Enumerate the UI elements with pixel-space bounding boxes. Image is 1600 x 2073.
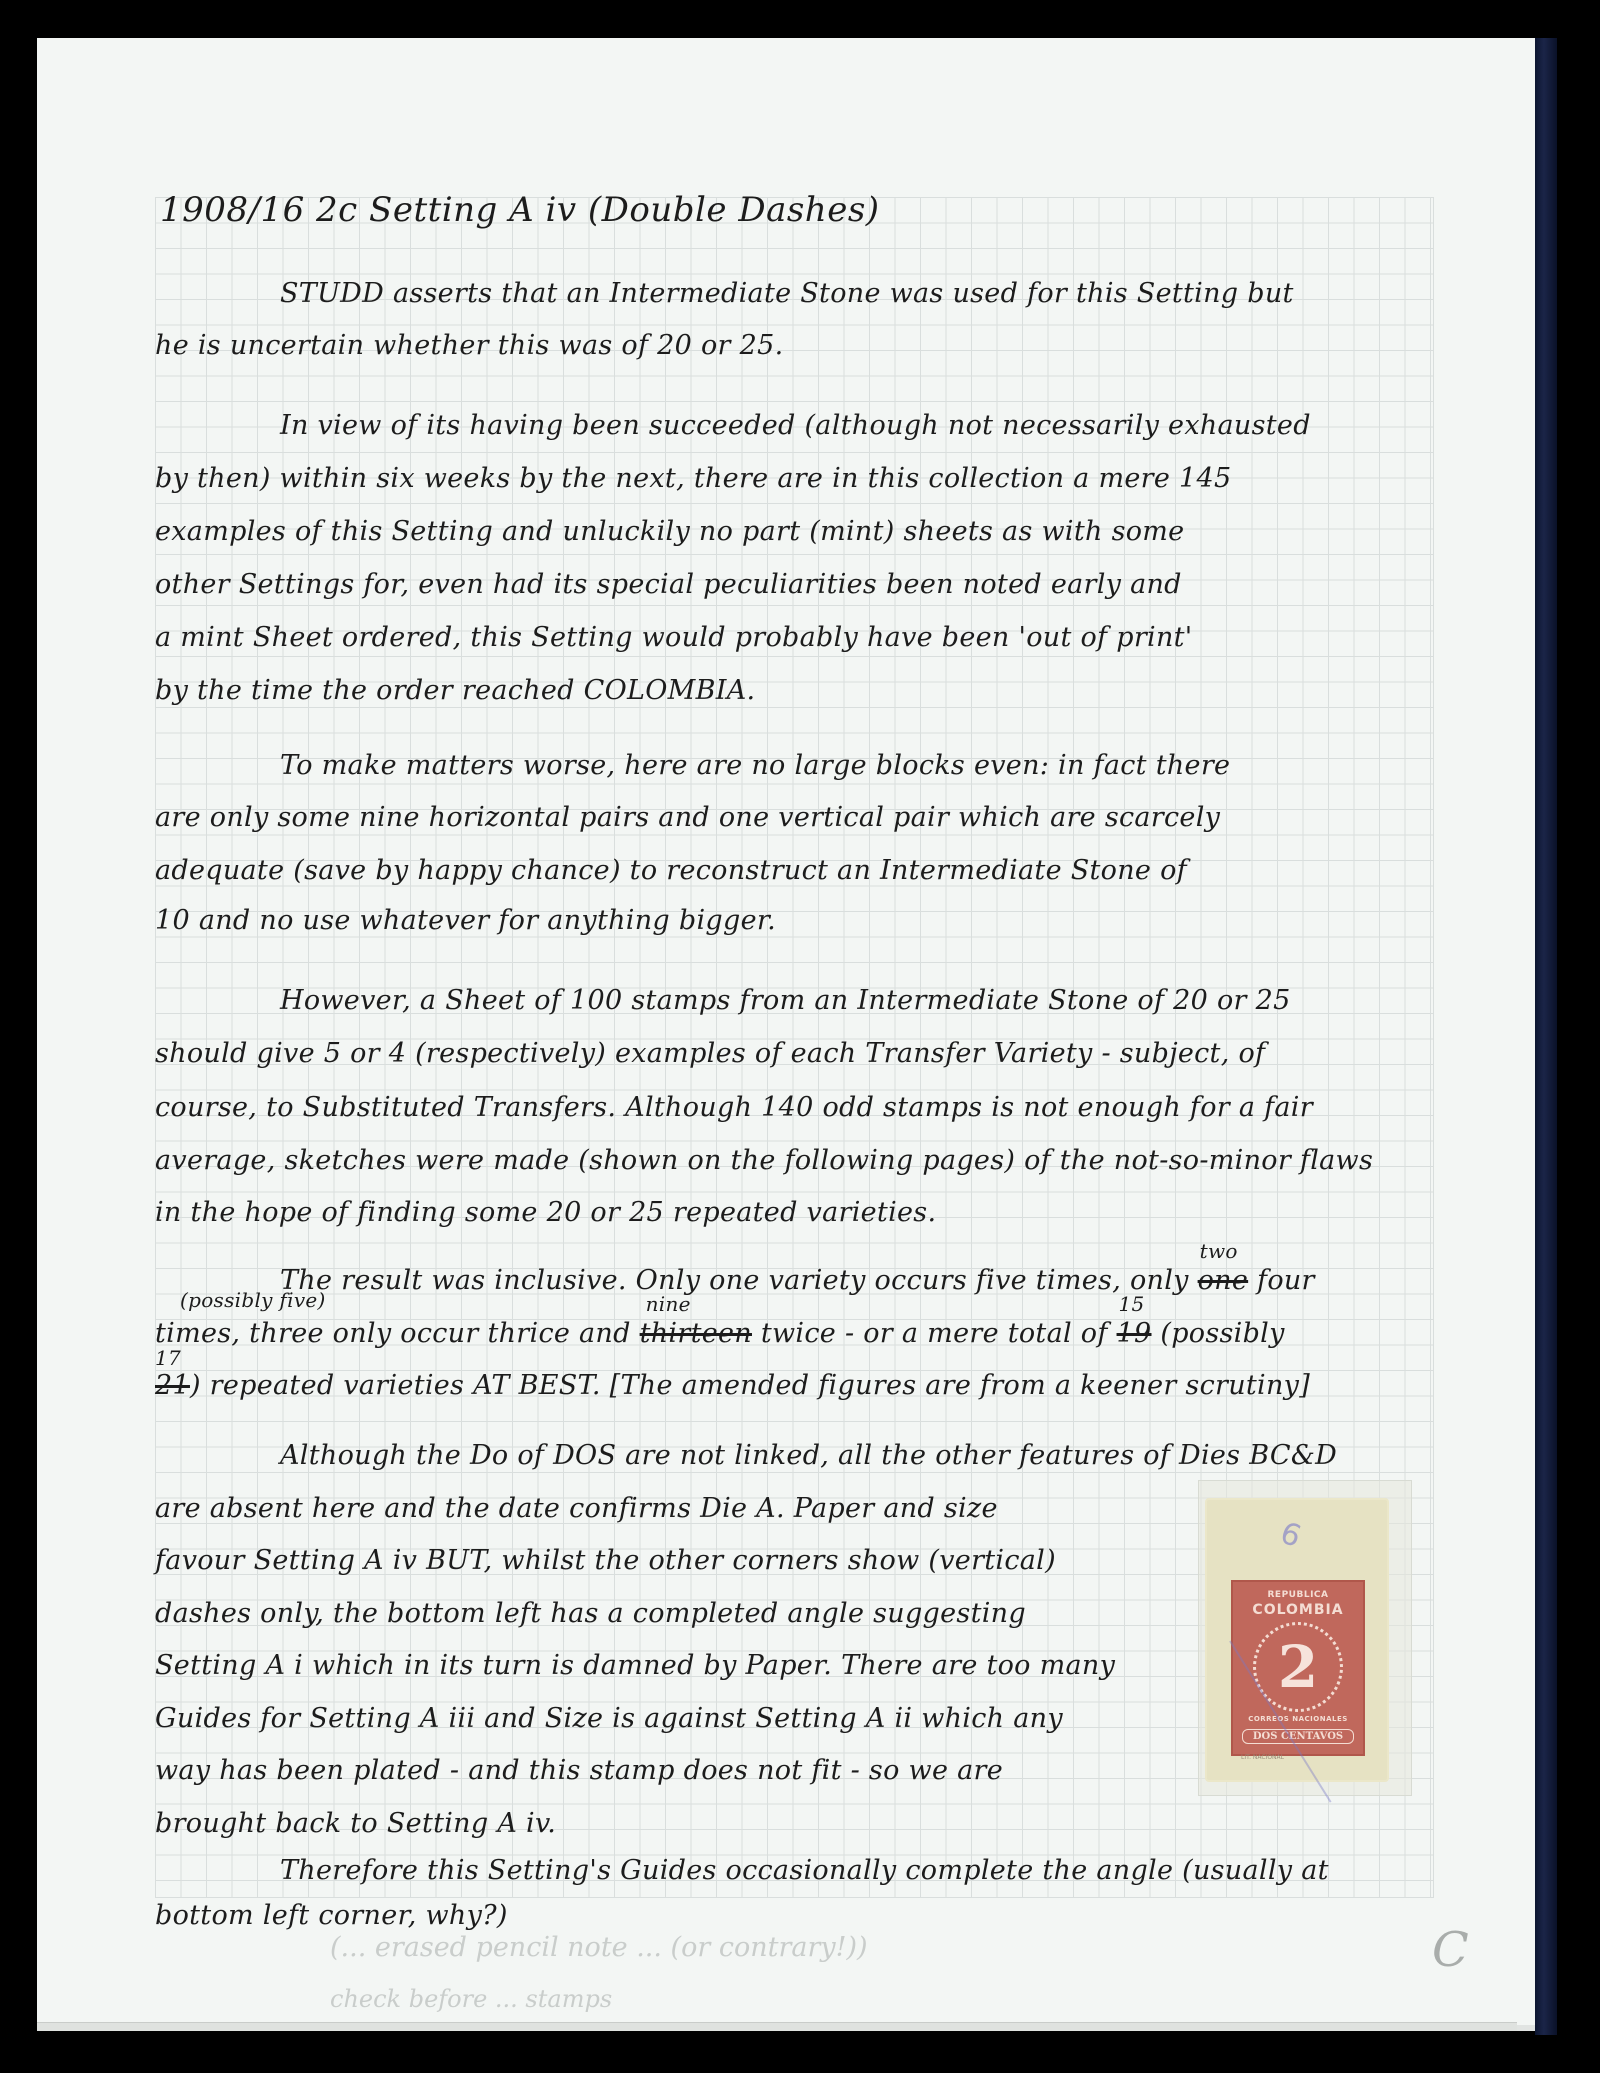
paragraph-3-line-1: To make matters worse, here are no large… [280, 750, 1230, 781]
paragraph-2-line-2: by then) within six weeks by the next, t… [155, 463, 1231, 494]
amendment: 2117 [155, 1370, 190, 1401]
struck-word: one [1198, 1265, 1249, 1296]
text-segment: twice - or a mere total of [752, 1318, 1117, 1349]
paragraph-4-line-2: should give 5 or 4 (respectively) exampl… [155, 1038, 1265, 1069]
paragraph-1-line-1: STUDD asserts that an Intermediate Stone… [280, 278, 1294, 309]
paragraph-6-line-8: brought back to Setting A iv. [155, 1808, 556, 1839]
paragraph-2-line-5: a mint Sheet ordered, this Setting would… [155, 622, 1193, 653]
paragraph-6-line-1: Although the Do of DOS are not linked, a… [280, 1440, 1337, 1471]
paragraph-5-line-3: 2117) repeated varieties AT BEST. [The a… [155, 1370, 1310, 1401]
paragraph-7-line-1: Therefore this Setting's Guides occasion… [280, 1855, 1329, 1886]
faint-pencil-note-2: check before ... stamps [330, 1985, 612, 2013]
inserted-word: two [1200, 1239, 1238, 1263]
inserted-number: 15 [1119, 1292, 1145, 1316]
paragraph-3-line-4: 10 and no use whatever for anything bigg… [155, 905, 776, 936]
binder-edge [1535, 38, 1557, 2035]
page-title: 1908/16 2c Setting A iv (Double Dashes) [160, 190, 880, 230]
struck-word: thirteen [640, 1318, 752, 1349]
paragraph-6-line-7: way has been plated - and this stamp doe… [155, 1755, 1003, 1786]
paragraph-6-line-4: dashes only, the bottom left has a compl… [155, 1598, 1026, 1629]
paragraph-2-line-4: other Settings for, even had its special… [155, 569, 1182, 600]
page-bottom-edge [37, 2022, 1517, 2031]
stamp-top-text: REPUBLICA [1233, 1590, 1363, 1600]
struck-number: 21 [155, 1370, 190, 1401]
paragraph-6-line-5: Setting A i which in its turn is damned … [155, 1650, 1115, 1681]
text-segment: (possibly [1152, 1318, 1285, 1349]
paragraph-6-line-2: are absent here and the date confirms Di… [155, 1493, 998, 1524]
paragraph-3-line-2: are only some nine horizontal pairs and … [155, 802, 1220, 833]
paragraph-7-line-2: bottom left corner, why?) [155, 1900, 508, 1931]
page-letter: C [1432, 1922, 1469, 1978]
paragraph-3-line-3: adequate (save by happy chance) to recon… [155, 855, 1187, 886]
paragraph-4-line-4: average, sketches were made (shown on th… [155, 1145, 1373, 1176]
paragraph-5-line-2: times, three only occur thrice and thirt… [155, 1318, 1285, 1349]
amendment: onetwo [1198, 1265, 1249, 1296]
stamp-value-text: DOS CENTAVOS [1242, 1729, 1354, 1744]
inserted-word: nine [646, 1292, 691, 1316]
amendment: 1915 [1117, 1318, 1152, 1349]
text-segment: ) repeated varieties AT BEST. [The amend… [190, 1370, 1310, 1401]
text-segment: four [1248, 1265, 1315, 1296]
paragraph-2-line-3: examples of this Setting and unluckily n… [155, 516, 1184, 547]
inserted-number: 17 [155, 1346, 181, 1370]
text-segment: The result was inclusive. Only one varie… [280, 1265, 1198, 1296]
paragraph-4-line-1: However, a Sheet of 100 stamps from an I… [280, 985, 1291, 1016]
stamp-country: COLOMBIA [1233, 1602, 1363, 1618]
struck-number: 19 [1117, 1318, 1152, 1349]
stamp-side-text: CORREOS NACIONALES [1233, 1715, 1363, 1723]
paragraph-1-line-2: he is uncertain whether this was of 20 o… [155, 330, 783, 361]
insert-possibly-five: (possibly five) [180, 1288, 326, 1312]
faint-pencil-note-1: (... erased pencil note ... (or contrary… [330, 1932, 868, 1963]
paragraph-4-line-5: in the hope of finding some 20 or 25 rep… [155, 1197, 936, 1228]
paragraph-2-line-1: In view of its having been succeeded (al… [280, 410, 1311, 441]
paragraph-5-line-1: The result was inclusive. Only one varie… [280, 1265, 1315, 1296]
stamp-design: REPUBLICA COLOMBIA 2 CORREOS NACIONALES … [1231, 1580, 1365, 1756]
paragraph-2-line-6: by the time the order reached COLOMBIA. [155, 675, 755, 706]
paragraph-6-line-6: Guides for Setting A iii and Size is aga… [155, 1703, 1063, 1734]
paragraph-4-line-3: course, to Substituted Transfers. Althou… [155, 1092, 1313, 1123]
text-segment: times, three only occur thrice and [155, 1318, 640, 1349]
stamp-imprint: LIT. NACIONAL [1241, 1754, 1284, 1761]
paragraph-6-line-3: favour Setting A iv BUT, whilst the othe… [155, 1545, 1056, 1576]
amendment: thirteennine [640, 1318, 752, 1349]
